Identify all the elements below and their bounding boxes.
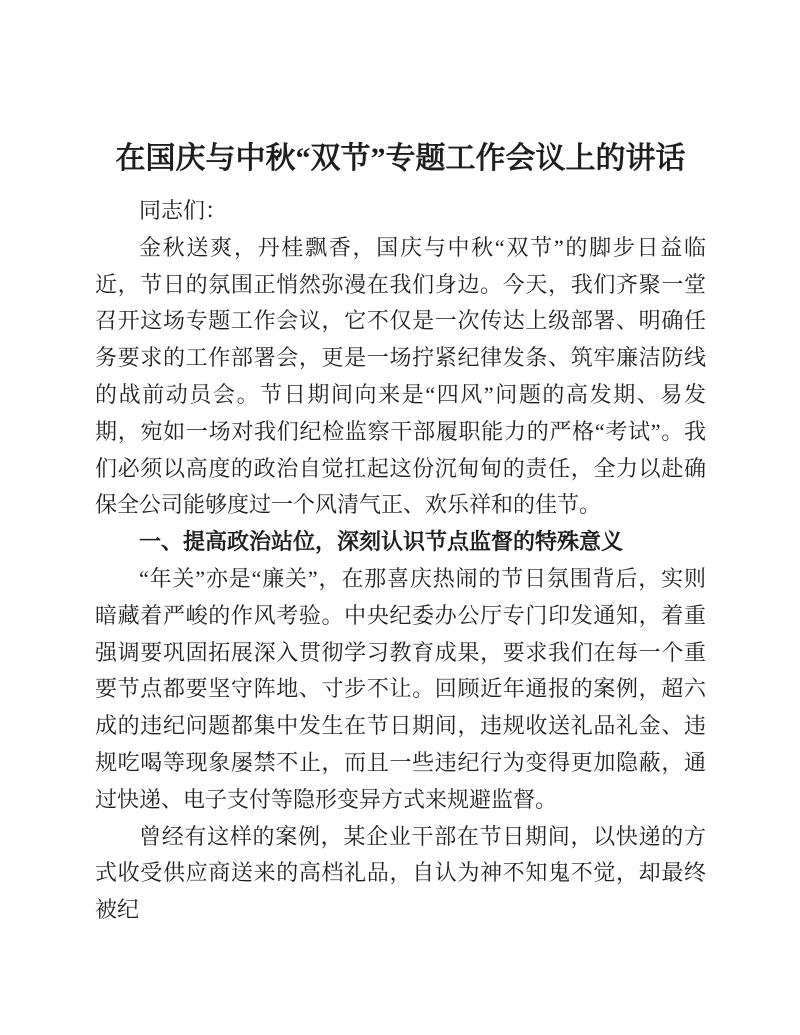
paragraph-case-example: 曾经有这样的案例，某企业干部在节日期间，以快递的方式收受供应商送来的高档礼品，自… — [95, 819, 706, 929]
section-heading-1: 一、提高政治站位，深刻认识节点监督的特殊意义 — [95, 524, 706, 561]
paragraph-opening: 金秋送爽，丹桂飘香，国庆与中秋“双节”的脚步日益临近，节日的氛围正悄然弥漫在我们… — [95, 230, 706, 524]
salutation-line: 同志们： — [95, 193, 706, 230]
document-page: 在国庆与中秋“双节”专题工作会议上的讲话 同志们： 金秋送爽，丹桂飘香，国庆与中… — [0, 0, 800, 1035]
document-content: 在国庆与中秋“双节”专题工作会议上的讲话 同志们： 金秋送爽，丹桂飘香，国庆与中… — [0, 0, 800, 929]
paragraph-supervision: “年关”亦是“廉关”，在那喜庆热闹的节日氛围背后，实则暗藏着严峻的作风考验。中央… — [95, 561, 706, 819]
document-title: 在国庆与中秋“双节”专题工作会议上的讲话 — [95, 138, 706, 180]
